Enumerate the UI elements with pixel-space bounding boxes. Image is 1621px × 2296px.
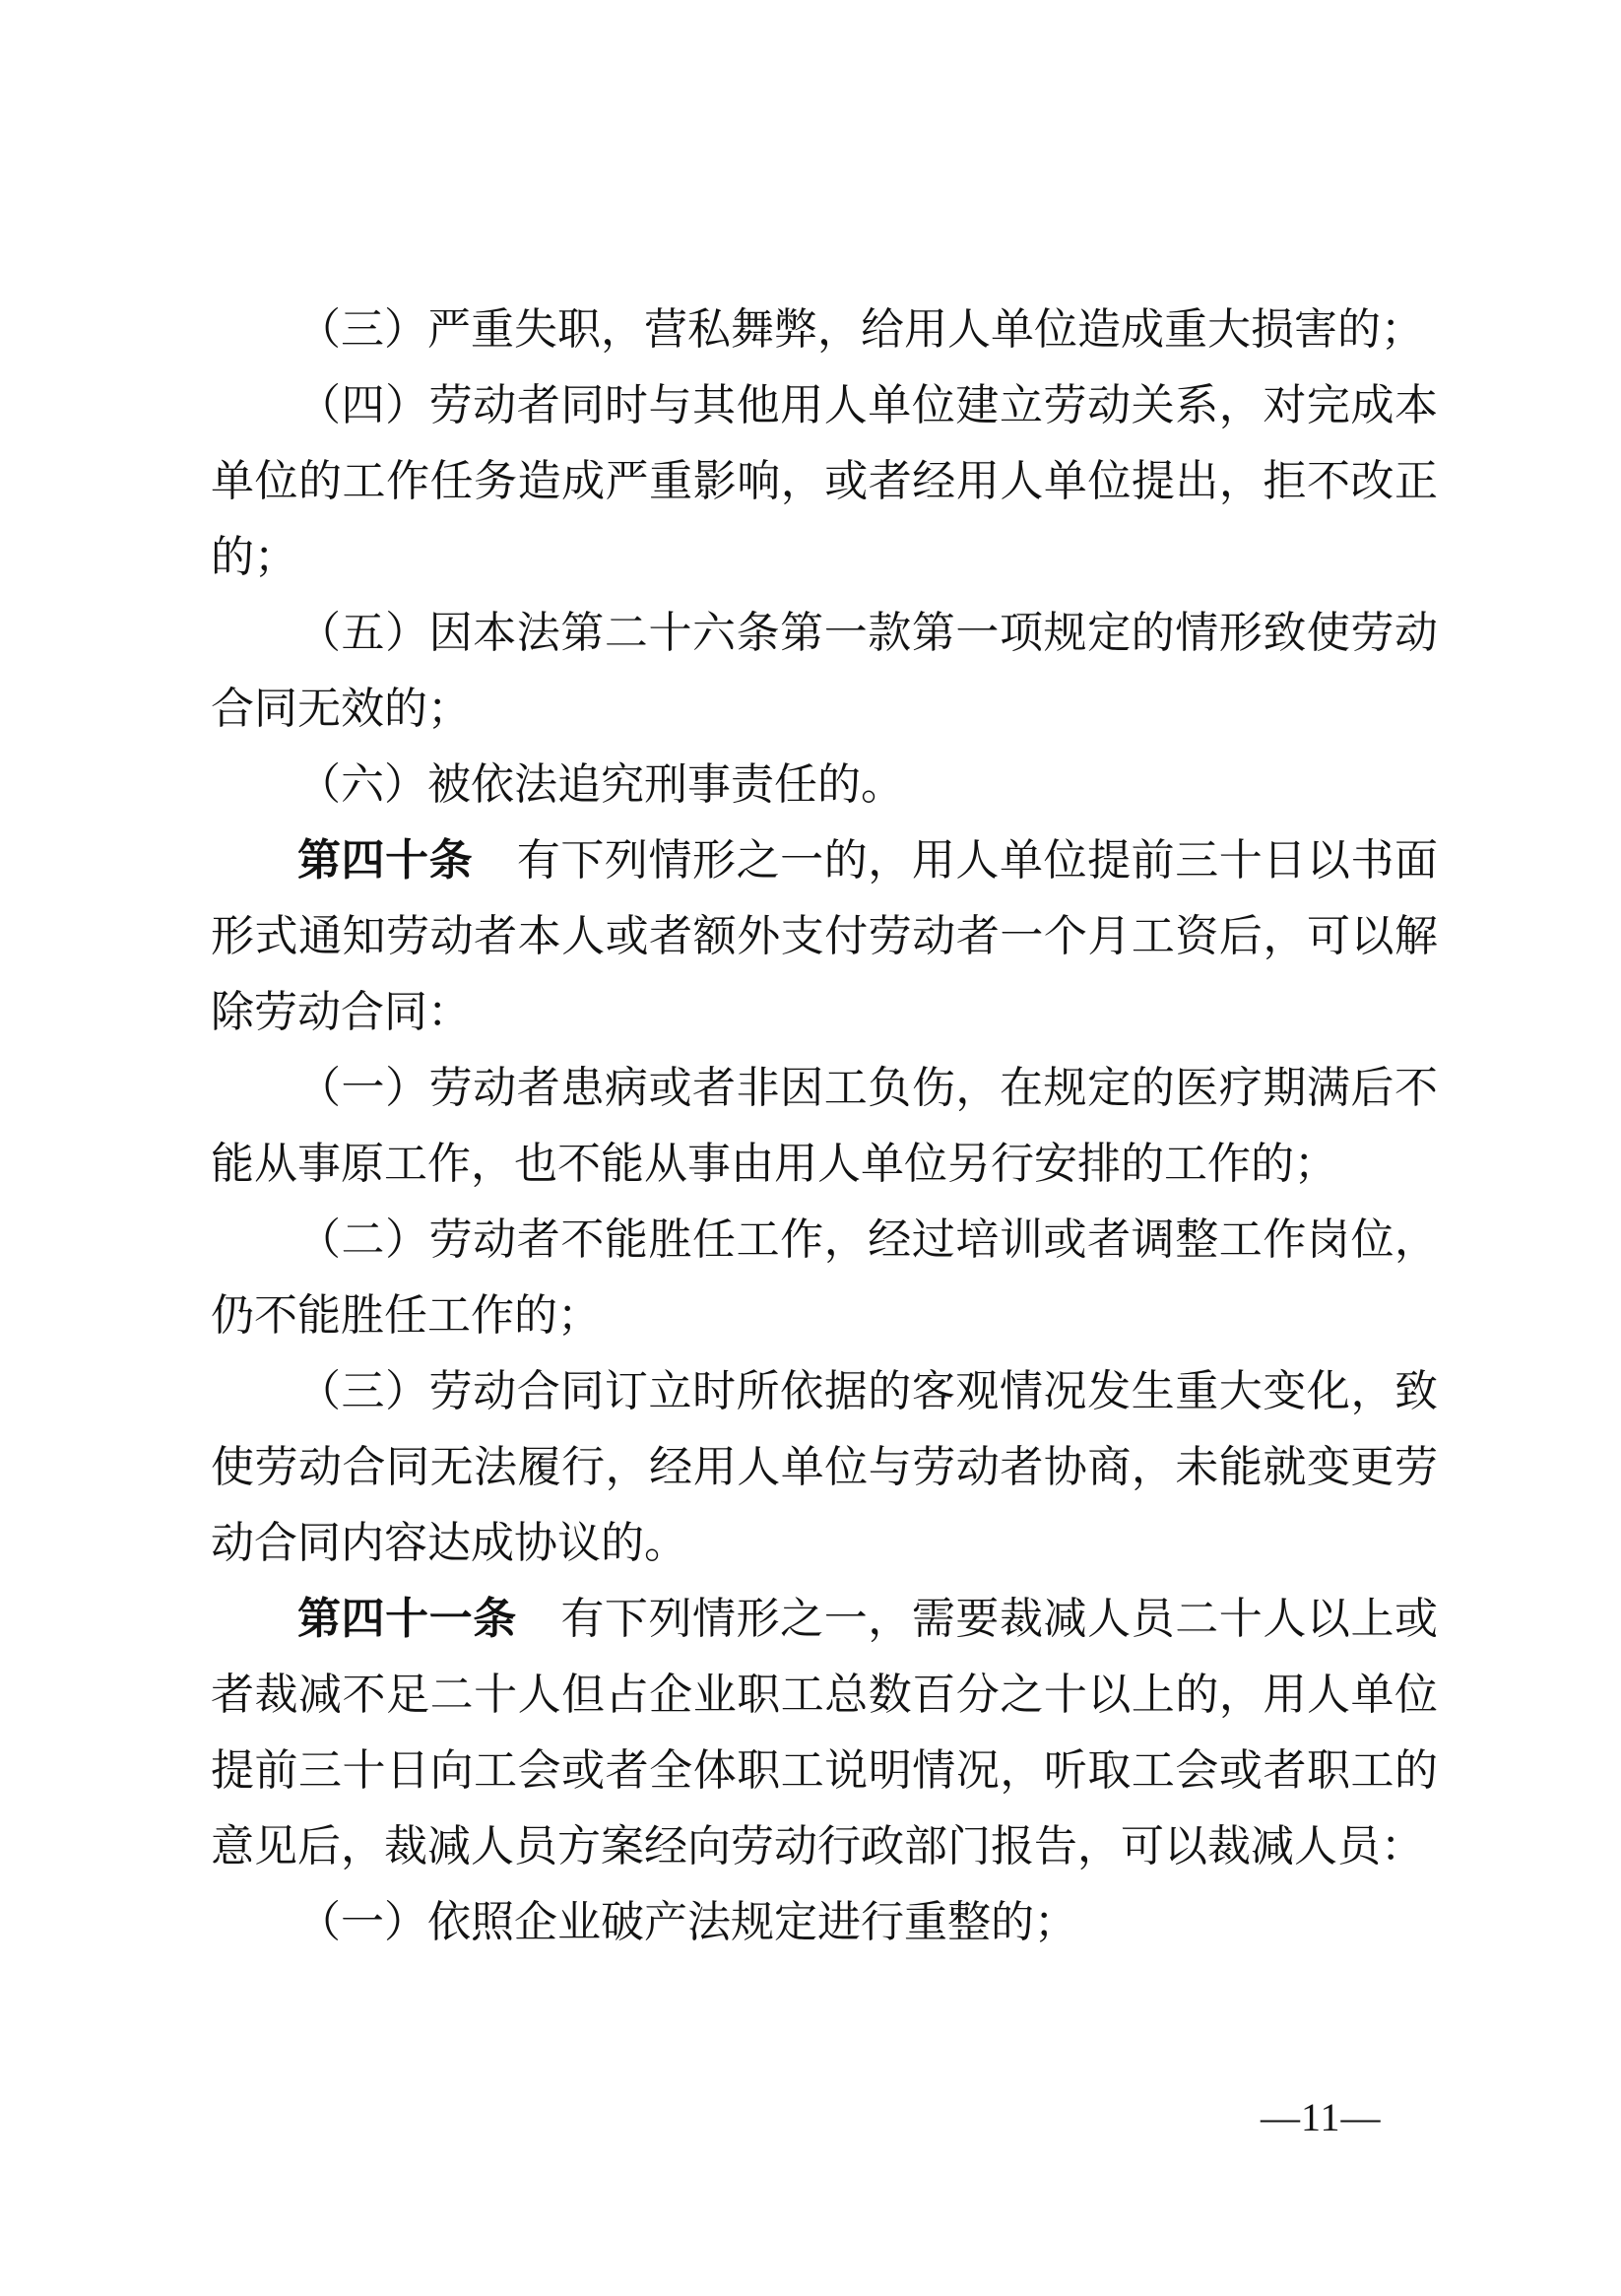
document-text-block: （三）严重失职，营私舞弊，给用人单位造成重大损害的；（四）劳动者同时与其他用人单… bbox=[211, 292, 1438, 1960]
paragraph-7: （二）劳动者不能胜任工作，经过培训或者调整工作岗位，仍不能胜任工作的； bbox=[211, 1202, 1438, 1353]
paragraph-9: 第四十一条 有下列情形之一，需要裁减人员二十人以上或者裁减不足二十人但占企业职工… bbox=[211, 1581, 1438, 1884]
paragraph-3: （五）因本法第二十六条第一款第一项规定的情形致使劳动合同无效的； bbox=[211, 595, 1438, 747]
article-number: 第四十条 bbox=[297, 836, 473, 885]
paragraph-text: （一）依照企业破产法规定进行重整的； bbox=[297, 1898, 1077, 1946]
paragraph-5: 第四十条 有下列情形之一的，用人单位提前三十日以书面形式通知劳动者本人或者额外支… bbox=[211, 822, 1438, 1050]
paragraph-text: （三）严重失职，营私舞弊，给用人单位造成重大损害的； bbox=[297, 305, 1424, 354]
paragraph-text: （五）因本法第二十六条第一款第一项规定的情形致使劳动合同无效的； bbox=[211, 609, 1438, 733]
paragraph-text: （二）劳动者不能胜任工作，经过培训或者调整工作岗位，仍不能胜任工作的； bbox=[211, 1215, 1438, 1340]
paragraph-1: （三）严重失职，营私舞弊，给用人单位造成重大损害的； bbox=[211, 292, 1438, 367]
page-number: —11— bbox=[1261, 2094, 1382, 2141]
paragraph-6: （一）劳动者患病或者非因工负伤，在规定的医疗期满后不能从事原工作，也不能从事由用… bbox=[211, 1050, 1438, 1202]
paragraph-text: （三）劳动合同订立时所依据的客观情况发生重大变化，致使劳动合同无法履行，经用人单… bbox=[211, 1367, 1438, 1567]
paragraph-text: （一）劳动者患病或者非因工负伤，在规定的医疗期满后不能从事原工作，也不能从事由用… bbox=[211, 1064, 1438, 1188]
paragraph-8: （三）劳动合同订立时所依据的客观情况发生重大变化，致使劳动合同无法履行，经用人单… bbox=[211, 1353, 1438, 1581]
paragraph-10: （一）依照企业破产法规定进行重整的； bbox=[211, 1884, 1438, 1960]
paragraph-text: （六）被依法追究刑事责任的。 bbox=[297, 760, 904, 809]
article-number: 第四十一条 bbox=[297, 1595, 517, 1643]
paragraph-text: （四）劳动者同时与其他用人单位建立劳动关系，对完成本单位的工作任务造成严重影响，… bbox=[211, 381, 1438, 581]
paragraph-4: （六）被依法追究刑事责任的。 bbox=[211, 747, 1438, 822]
document-page: （三）严重失职，营私舞弊，给用人单位造成重大损害的；（四）劳动者同时与其他用人单… bbox=[0, 0, 1621, 2296]
paragraph-2: （四）劳动者同时与其他用人单位建立劳动关系，对完成本单位的工作任务造成严重影响，… bbox=[211, 367, 1438, 595]
